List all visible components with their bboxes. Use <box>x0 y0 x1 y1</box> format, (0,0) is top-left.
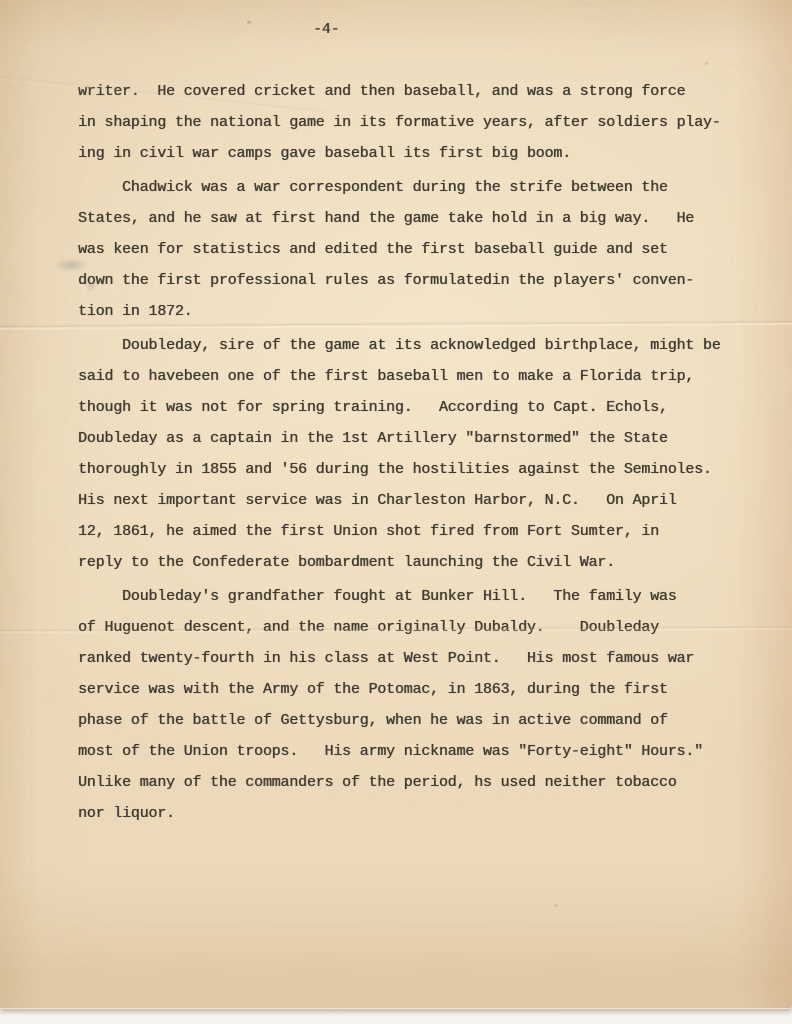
text-line: phase of the battle of Gettysburg, when … <box>78 705 758 736</box>
paper-speck <box>247 21 251 24</box>
text-line: reply to the Confederate bombardment lau… <box>78 547 758 578</box>
text-line: His next important service was in Charle… <box>78 485 758 516</box>
paragraph: Doubleday, sire of the game at its ackno… <box>78 330 758 578</box>
text-line: ing in civil war camps gave baseball its… <box>78 138 758 169</box>
paragraph: writer. He covered cricket and then base… <box>78 76 758 169</box>
paragraph: Doubleday's grandfather fought at Bunker… <box>78 581 758 829</box>
text-line: tion in 1872. <box>78 296 758 327</box>
paper-speck <box>705 62 708 65</box>
document-page: -4- writer. He covered cricket and then … <box>0 0 792 1009</box>
text-line: States, and he saw at first hand the gam… <box>78 203 758 234</box>
paper-speck <box>554 904 558 907</box>
text-line: of Huguenot descent, and the name origin… <box>78 612 758 643</box>
text-line: writer. He covered cricket and then base… <box>78 76 758 107</box>
text-line: Doubleday's grandfather fought at Bunker… <box>78 581 758 612</box>
text-line: Chadwick was a war correspondent during … <box>78 172 758 203</box>
text-line: Doubleday, sire of the game at its ackno… <box>78 330 758 361</box>
text-line: most of the Union troops. His army nickn… <box>78 736 758 767</box>
text-line: thoroughly in 1855 and '56 during the ho… <box>78 454 758 485</box>
text-line: Unlike many of the commanders of the per… <box>78 767 758 798</box>
text-line: was keen for statistics and edited the f… <box>78 234 758 265</box>
text-line: though it was not for spring training. A… <box>78 392 758 423</box>
text-line: nor liquor. <box>78 798 758 829</box>
text-line: service was with the Army of the Potomac… <box>78 674 758 705</box>
text-line: down the first professional rules as for… <box>78 265 758 296</box>
text-line: in shaping the national game in its form… <box>78 107 758 138</box>
page-number: -4- <box>313 21 339 38</box>
text-line: ranked twenty-fourth in his class at Wes… <box>78 643 758 674</box>
text-line: Doubleday as a captain in the 1st Artill… <box>78 423 758 454</box>
typewritten-text: writer. He covered cricket and then base… <box>78 76 758 829</box>
paragraph: Chadwick was a war correspondent during … <box>78 172 758 327</box>
text-line: said to havebeen one of the first baseba… <box>78 361 758 392</box>
text-line: 12, 1861, he aimed the first Union shot … <box>78 516 758 547</box>
